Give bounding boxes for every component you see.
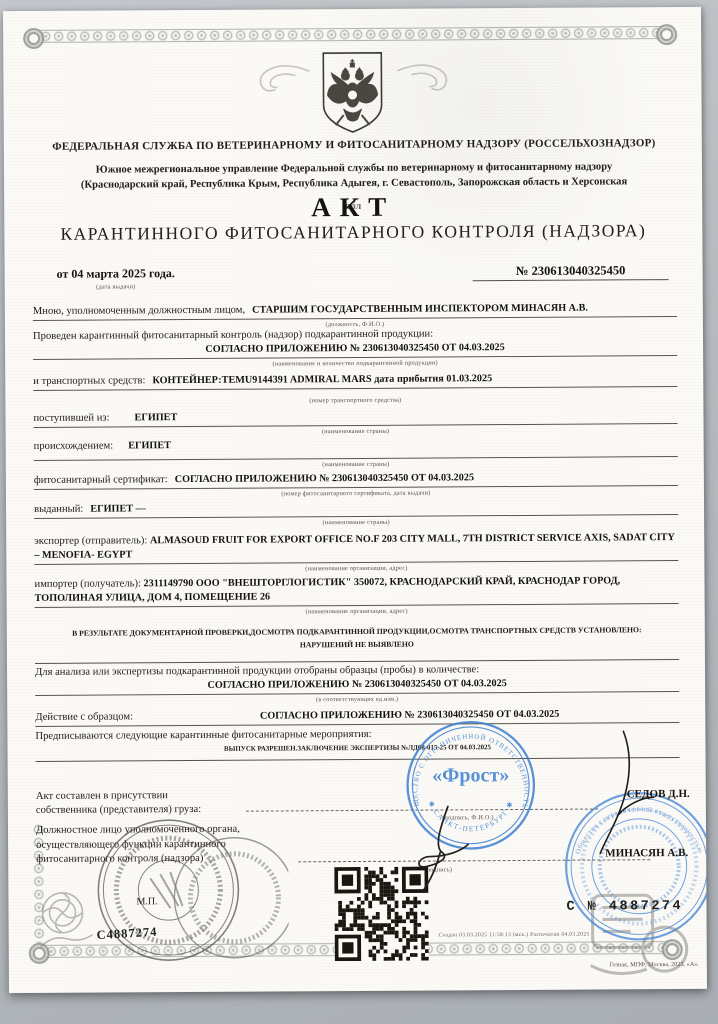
department-line2: (Краснодарский край, Республика Крым, Ре… (32, 176, 676, 191)
top-left-rosette-icon (23, 28, 44, 49)
qr-code (334, 867, 429, 962)
field-samples: Для анализа или экспертизы подкарантинно… (35, 663, 679, 704)
issued-by-value: ЕГИПЕТ — (90, 503, 146, 514)
department-line1: Южное межрегиональное управление Федерал… (32, 161, 676, 176)
field-certificate: фитосанитарный сертификат: СОГЛАСНО ПРИЛ… (34, 471, 678, 498)
issue-date-caption: (дата выдачи) (57, 283, 175, 291)
control-value: СОГЛАСНО ПРИЛОЖЕНИЮ № 230613040325450 ОТ… (205, 342, 504, 355)
field-origin: происхождением: ЕГИПЕТ (наименование стр… (34, 437, 678, 469)
inspector-label: Мною, уполномоченным должностным лицом, (33, 305, 245, 317)
document-number-block: № 230613040325450 (473, 261, 669, 281)
control-label: Проведен карантинный фитосанитарный конт… (33, 329, 433, 342)
goznak-imprint: Гознак, МПФ, Москва, 2023, «А». (609, 961, 698, 969)
measures-value: ВЫПУСК РАЗРЕШЕН.ЗАКЛЮЧЕНИЕ ЭКСПЕРТИЗЫ №Л… (36, 743, 680, 754)
top-border-ornament (39, 26, 661, 43)
document-title: КАРАНТИННОГО ФИТОСАНИТАРНОГО КОНТРОЛЯ (Н… (4, 220, 702, 245)
arrived-from-label: поступившей из: (33, 412, 109, 423)
certificate-label: фитосанитарный сертификат: (34, 474, 168, 486)
agency-title: ФЕДЕРАЛЬНАЯ СЛУЖБА ПО ВЕТЕРИНАРНОМУ И ФИ… (32, 137, 676, 153)
official-label: Должностное лицо уполномоченного органа,… (36, 823, 240, 868)
owner-signature-caption: (подпись, Ф.И.О.) (408, 813, 528, 821)
field-issued-by: выданный: ЕГИПЕТ — (наименование страны) (34, 500, 678, 527)
document-number: № 230613040325450 (516, 263, 626, 278)
official-label-line2: осуществляющего функции карантинного (36, 837, 240, 853)
left-flourish-icon (255, 61, 311, 105)
form-serial-right: С № 4887274 (566, 899, 683, 915)
measures-label: Предписываются следующие карантинные фит… (35, 729, 371, 742)
bottom-right-rosette-icon (662, 939, 683, 960)
document-page: ФЕДЕРАЛЬНАЯ СЛУЖБА ПО ВЕТЕРИНАРНОМУ И ФИ… (3, 7, 707, 993)
origin-value: ЕГИПЕТ (128, 440, 171, 451)
origin-label: происхождением: (34, 440, 114, 451)
right-flourish-icon (395, 60, 451, 104)
samples-label: Для анализа или экспертизы подкарантинно… (35, 664, 479, 678)
inspector-value: СТАРШИМ ГОСУДАРСТВЕННЫМ ИНСПЕКТОРОМ МИНА… (252, 303, 588, 316)
field-transport: и транспортных средств: КОНТЕЙНЕР:TEMU91… (33, 372, 677, 406)
seal-place-label: М.П. (136, 896, 157, 907)
inspection-result: В РЕЗУЛЬТАТЕ ДОКУМЕНТАРНОЙ ПРОВЕРКИ,ДОСМ… (35, 623, 679, 653)
transport-label: и транспортных средств: (33, 375, 145, 387)
print-timestamp: Создан 03.03.2025 11:58:13 (мск.) Распеч… (439, 931, 669, 938)
field-arrived-from: поступившей из: ЕГИПЕТ (наименование стр… (33, 409, 677, 436)
top-right-rosette-icon (656, 24, 677, 45)
field-control: Проведен карантинный фитосанитарный конт… (33, 327, 677, 368)
bottom-left-rosette-icon (29, 943, 50, 964)
form-serial-left: С4887274 (96, 925, 158, 944)
issue-date-block: от 04 марта 2025 года. (дата выдачи) (57, 266, 175, 290)
field-importer: импортер (получатель): 2311149790 ООО "В… (34, 574, 678, 616)
field-sample-action: Действие с образцом: СОГЛАСНО ПРИЛОЖЕНИЮ… (35, 708, 679, 727)
official-label-line1: Должностное лицо уполномоченного органа, (36, 823, 240, 839)
owner-presence-label: Акт составлен в присутствии собственника… (36, 789, 201, 818)
importer-label: импортер (получатель): (34, 578, 140, 590)
owner-signature-line (246, 809, 598, 812)
field-measures: Предписываются следующие карантинные фит… (35, 727, 679, 754)
transport-value: КОНТЕЙНЕР:TEMU9144391 ADMIRAL MARS дата … (152, 373, 492, 386)
sample-action-value: СОГЛАСНО ПРИЛОЖЕНИЮ № 230613040325450 ОТ… (140, 708, 679, 722)
official-signature-line (298, 859, 650, 862)
divider-rule-2 (36, 757, 680, 762)
transport-caption: (номер транспортного средства) (33, 395, 677, 406)
inspector-round-stamp: Общество с ограниченной ответственностью (560, 787, 707, 946)
samples-value: СОГЛАСНО ПРИЛОЖЕНИЮ № 230613040325450 ОТ… (207, 678, 506, 691)
official-label-line3: фитосанитарного контроля (надзора) (36, 852, 240, 868)
owner-presence-line2: собственника (представителя) груза: (36, 803, 201, 818)
arrived-from-value: ЕГИПЕТ (135, 412, 178, 423)
sample-action-label: Действие с образцом: (35, 711, 133, 723)
owner-presence-line1: Акт составлен в присутствии (36, 789, 201, 804)
owner-name: СЕДОВ Д.Н. (627, 788, 690, 800)
issue-date: от 04 марта 2025 года. (57, 266, 175, 282)
frost-stamp-center: «Фрост» (432, 764, 509, 786)
certificate-value: СОГЛАСНО ПРИЛОЖЕНИЮ № 230613040325450 ОТ… (175, 472, 474, 485)
field-exporter: экспортер (отправитель): ALMASOUD FRUIT … (34, 531, 678, 573)
field-inspector: Мною, уполномоченным должностным лицом, … (33, 302, 677, 329)
issued-by-label: выданный: (34, 504, 83, 515)
official-name: МИНАСЯН А.В. (605, 847, 688, 860)
exporter-label: экспортер (отправитель): (34, 535, 147, 547)
coat-of-arms-icon (315, 49, 390, 135)
